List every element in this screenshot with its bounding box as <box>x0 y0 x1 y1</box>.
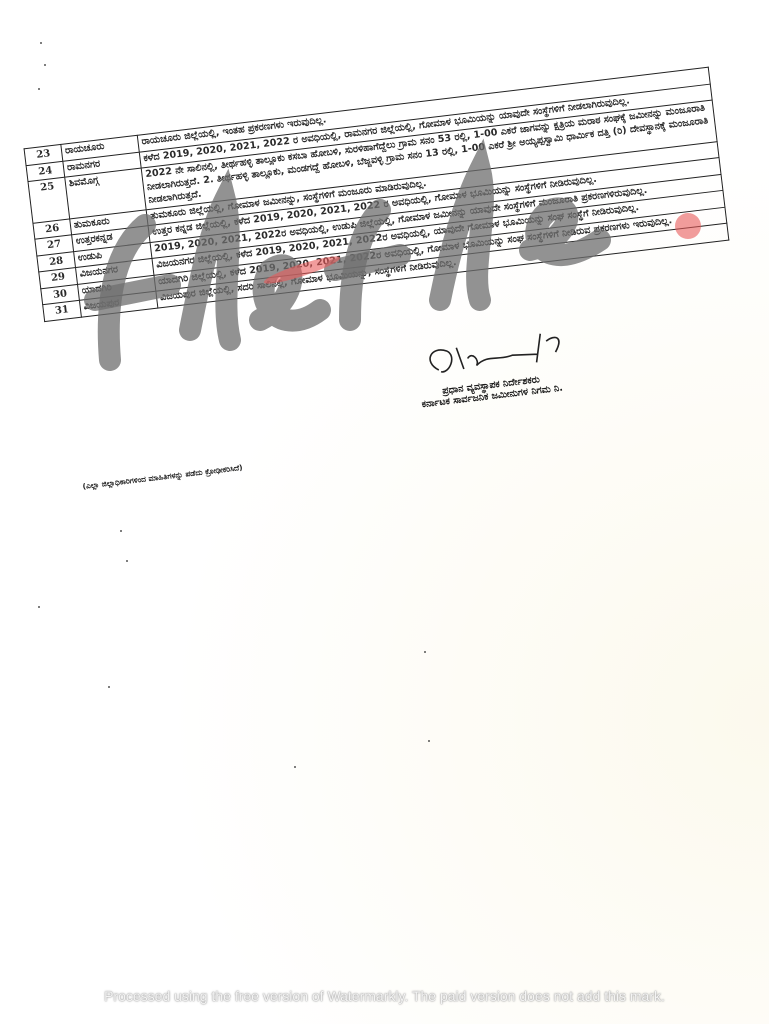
row-number: 31 <box>43 301 82 322</box>
signature-block: ಪ್ರಧಾನ ವ್ಯವಸ್ಥಾಪಕ ನಿರ್ದೇಶಕರು ಕರ್ನಾಟಕ ಸಾರ… <box>358 337 622 417</box>
compiled-note: (ಎಲ್ಲಾ ಜಿಲ್ಲಾಧಿಕಾರಿಗಳಿಂದ ಮಾಹಿತಿಗಳನ್ನು ಪಡ… <box>82 463 243 492</box>
row-number: 25 <box>28 177 70 223</box>
scan-speck <box>108 686 110 688</box>
scan-speck <box>428 740 430 742</box>
scan-speck <box>38 88 40 90</box>
scan-speck <box>40 42 42 44</box>
scan-speck <box>120 530 122 532</box>
document-sheet: 23ರಾಯಚೂರುರಾಯಚೂರು ಜಿಲ್ಲೆಯಲ್ಲಿ, ಇಂತಹ ಪ್ರಕರ… <box>24 66 740 322</box>
scan-speck <box>126 560 128 562</box>
scan-speck <box>44 64 46 66</box>
scan-speck <box>294 766 296 768</box>
scan-speck <box>38 606 40 608</box>
district-table: 23ರಾಯಚೂರುರಾಯಚೂರು ಜಿಲ್ಲೆಯಲ್ಲಿ, ಇಂತಹ ಪ್ರಕರ… <box>24 67 730 322</box>
scan-speck <box>424 651 426 653</box>
watermarkly-footer: Processed using the free version of Wate… <box>0 988 769 1004</box>
